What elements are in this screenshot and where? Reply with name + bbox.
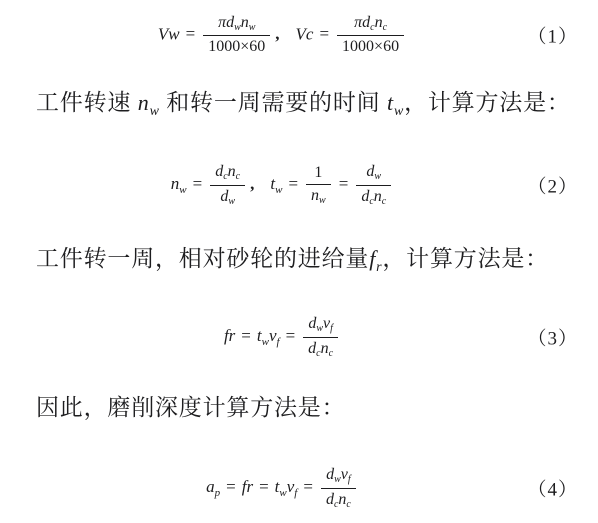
equation-number-4: （4） [527,475,578,502]
math-sub: c [236,171,240,182]
math-i: v [341,466,348,483]
math-sub: p [215,487,221,499]
math-i: n [375,14,383,31]
math-sub: w [234,22,241,33]
math-op: = [319,24,329,43]
fraction: πdcnc1000×60 [337,14,404,57]
math-r: 1000×60 [342,38,399,55]
numerator: dcnc [210,163,245,186]
equation-number-1: （1） [527,22,578,49]
math-sub: w [319,195,326,206]
paragraph-1: 工件转速 nw 和转一周需要的时间 tw，计算方法是： [36,84,582,120]
math-sub: w [374,171,381,182]
paragraph-3: 因此，磨削深度计算方法是： [36,389,582,422]
math-i: n [241,14,249,31]
math-sub: w [394,104,404,119]
denominator: 1000×60 [203,36,270,56]
math-sub: w [279,487,286,499]
document-page: Vw=πdwnw1000×60,Vc=πdcnc1000×60 （1） 工件转速… [0,0,598,523]
math-op: = [193,174,203,193]
fraction: dwdcnc [356,163,391,207]
denominator: dcnc [356,186,391,208]
math-i: Vw [158,24,180,43]
math-i: t [387,90,394,115]
math-sub: c [382,196,386,207]
math-i: a [206,477,215,496]
math-sub: w [316,323,323,334]
math-i: πd [354,14,370,31]
equation-row-3: fr=twvf=dwvfdcnc （3） [0,310,598,364]
math-r: 1 [314,164,322,181]
formula-4: ap=fr=twvf=dwvfdcnc [206,466,358,510]
math-i: Vc [296,24,314,43]
denominator: dcnc [321,489,356,511]
math-op: = [259,477,269,496]
math-comma: , [250,174,254,193]
math-cn: ，计算方法是： [382,246,549,271]
math-op: = [286,326,296,345]
math-i: n [374,188,382,205]
math-sub: c [383,22,387,33]
math-op: = [288,174,298,193]
math-cn: 工件转一周，相对砂轮的进给量 [36,246,369,271]
math-op: = [339,174,349,193]
math-sub: w [334,474,341,485]
math-sub: f [348,474,351,485]
math-cn: 工件转速 [36,90,138,115]
math-i: πd [218,14,234,31]
numerator: dw [356,163,391,186]
denominator: 1000×60 [337,36,404,56]
math-sub: f [330,323,333,334]
fraction: 1nw [306,164,331,207]
math-op: = [186,24,196,43]
numerator: dwvf [321,466,356,489]
math-cn: 因此，磨削深度计算方法是： [36,395,345,420]
math-sub: w [150,104,160,119]
math-i: v [269,326,277,345]
fraction: dwvfdcnc [303,315,338,359]
math-i: d [326,491,334,508]
equation-number-3: （3） [527,324,578,351]
math-op: = [241,326,251,345]
numerator: 1 [306,164,331,185]
fraction: πdwnw1000×60 [203,14,270,57]
equation-row-4: ap=fr=twvf=dwvfdcnc （4） [0,461,598,515]
math-sub: w [275,184,282,196]
math-cn: ，计算方法是： [404,90,571,115]
fraction: dwvfdcnc [321,466,356,510]
math-op: = [303,477,313,496]
formula-3: fr=twvf=dwvfdcnc [224,315,340,359]
math-sub: w [179,184,186,196]
math-i: n [138,90,150,115]
math-cn: 和转一周需要的时间 [160,90,387,115]
math-sub: w [228,196,235,207]
numerator: πdcnc [337,14,404,37]
math-i: n [321,340,329,357]
math-comma: , [275,24,279,43]
math-sub: c [346,499,350,510]
math-sub: f [277,336,280,348]
formula-1: Vw=πdwnw1000×60,Vc=πdcnc1000×60 [158,14,406,57]
equation-row-1: Vw=πdwnw1000×60,Vc=πdcnc1000×60 （1） [0,8,598,62]
math-i: n [228,163,236,180]
equation-number-2: （2） [527,172,578,199]
math-i: d [308,340,316,357]
math-i: d [326,466,334,483]
math-sub: w [262,336,269,348]
math-r: 1000×60 [208,38,265,55]
formula-2: nw=dcncdw,tw=1nw=dwdcnc [171,163,393,207]
math-sub: w [249,22,256,33]
denominator: nw [306,185,331,207]
fraction: dcncdw [210,163,245,207]
math-op: = [226,477,236,496]
math-i: fr [242,477,253,496]
denominator: dcnc [303,338,338,360]
math-i: fr [224,326,235,345]
math-i: n [311,187,319,204]
paragraph-2: 工件转一周，相对砂轮的进给量fr，计算方法是： [36,240,582,276]
numerator: dwvf [303,315,338,338]
math-i: n [171,174,180,193]
denominator: dw [210,186,245,208]
numerator: πdwnw [203,14,270,37]
equation-row-2: nw=dcncdw,tw=1nw=dwdcnc （2） [0,158,598,212]
math-sub: f [294,487,297,499]
math-sub: c [329,348,333,359]
